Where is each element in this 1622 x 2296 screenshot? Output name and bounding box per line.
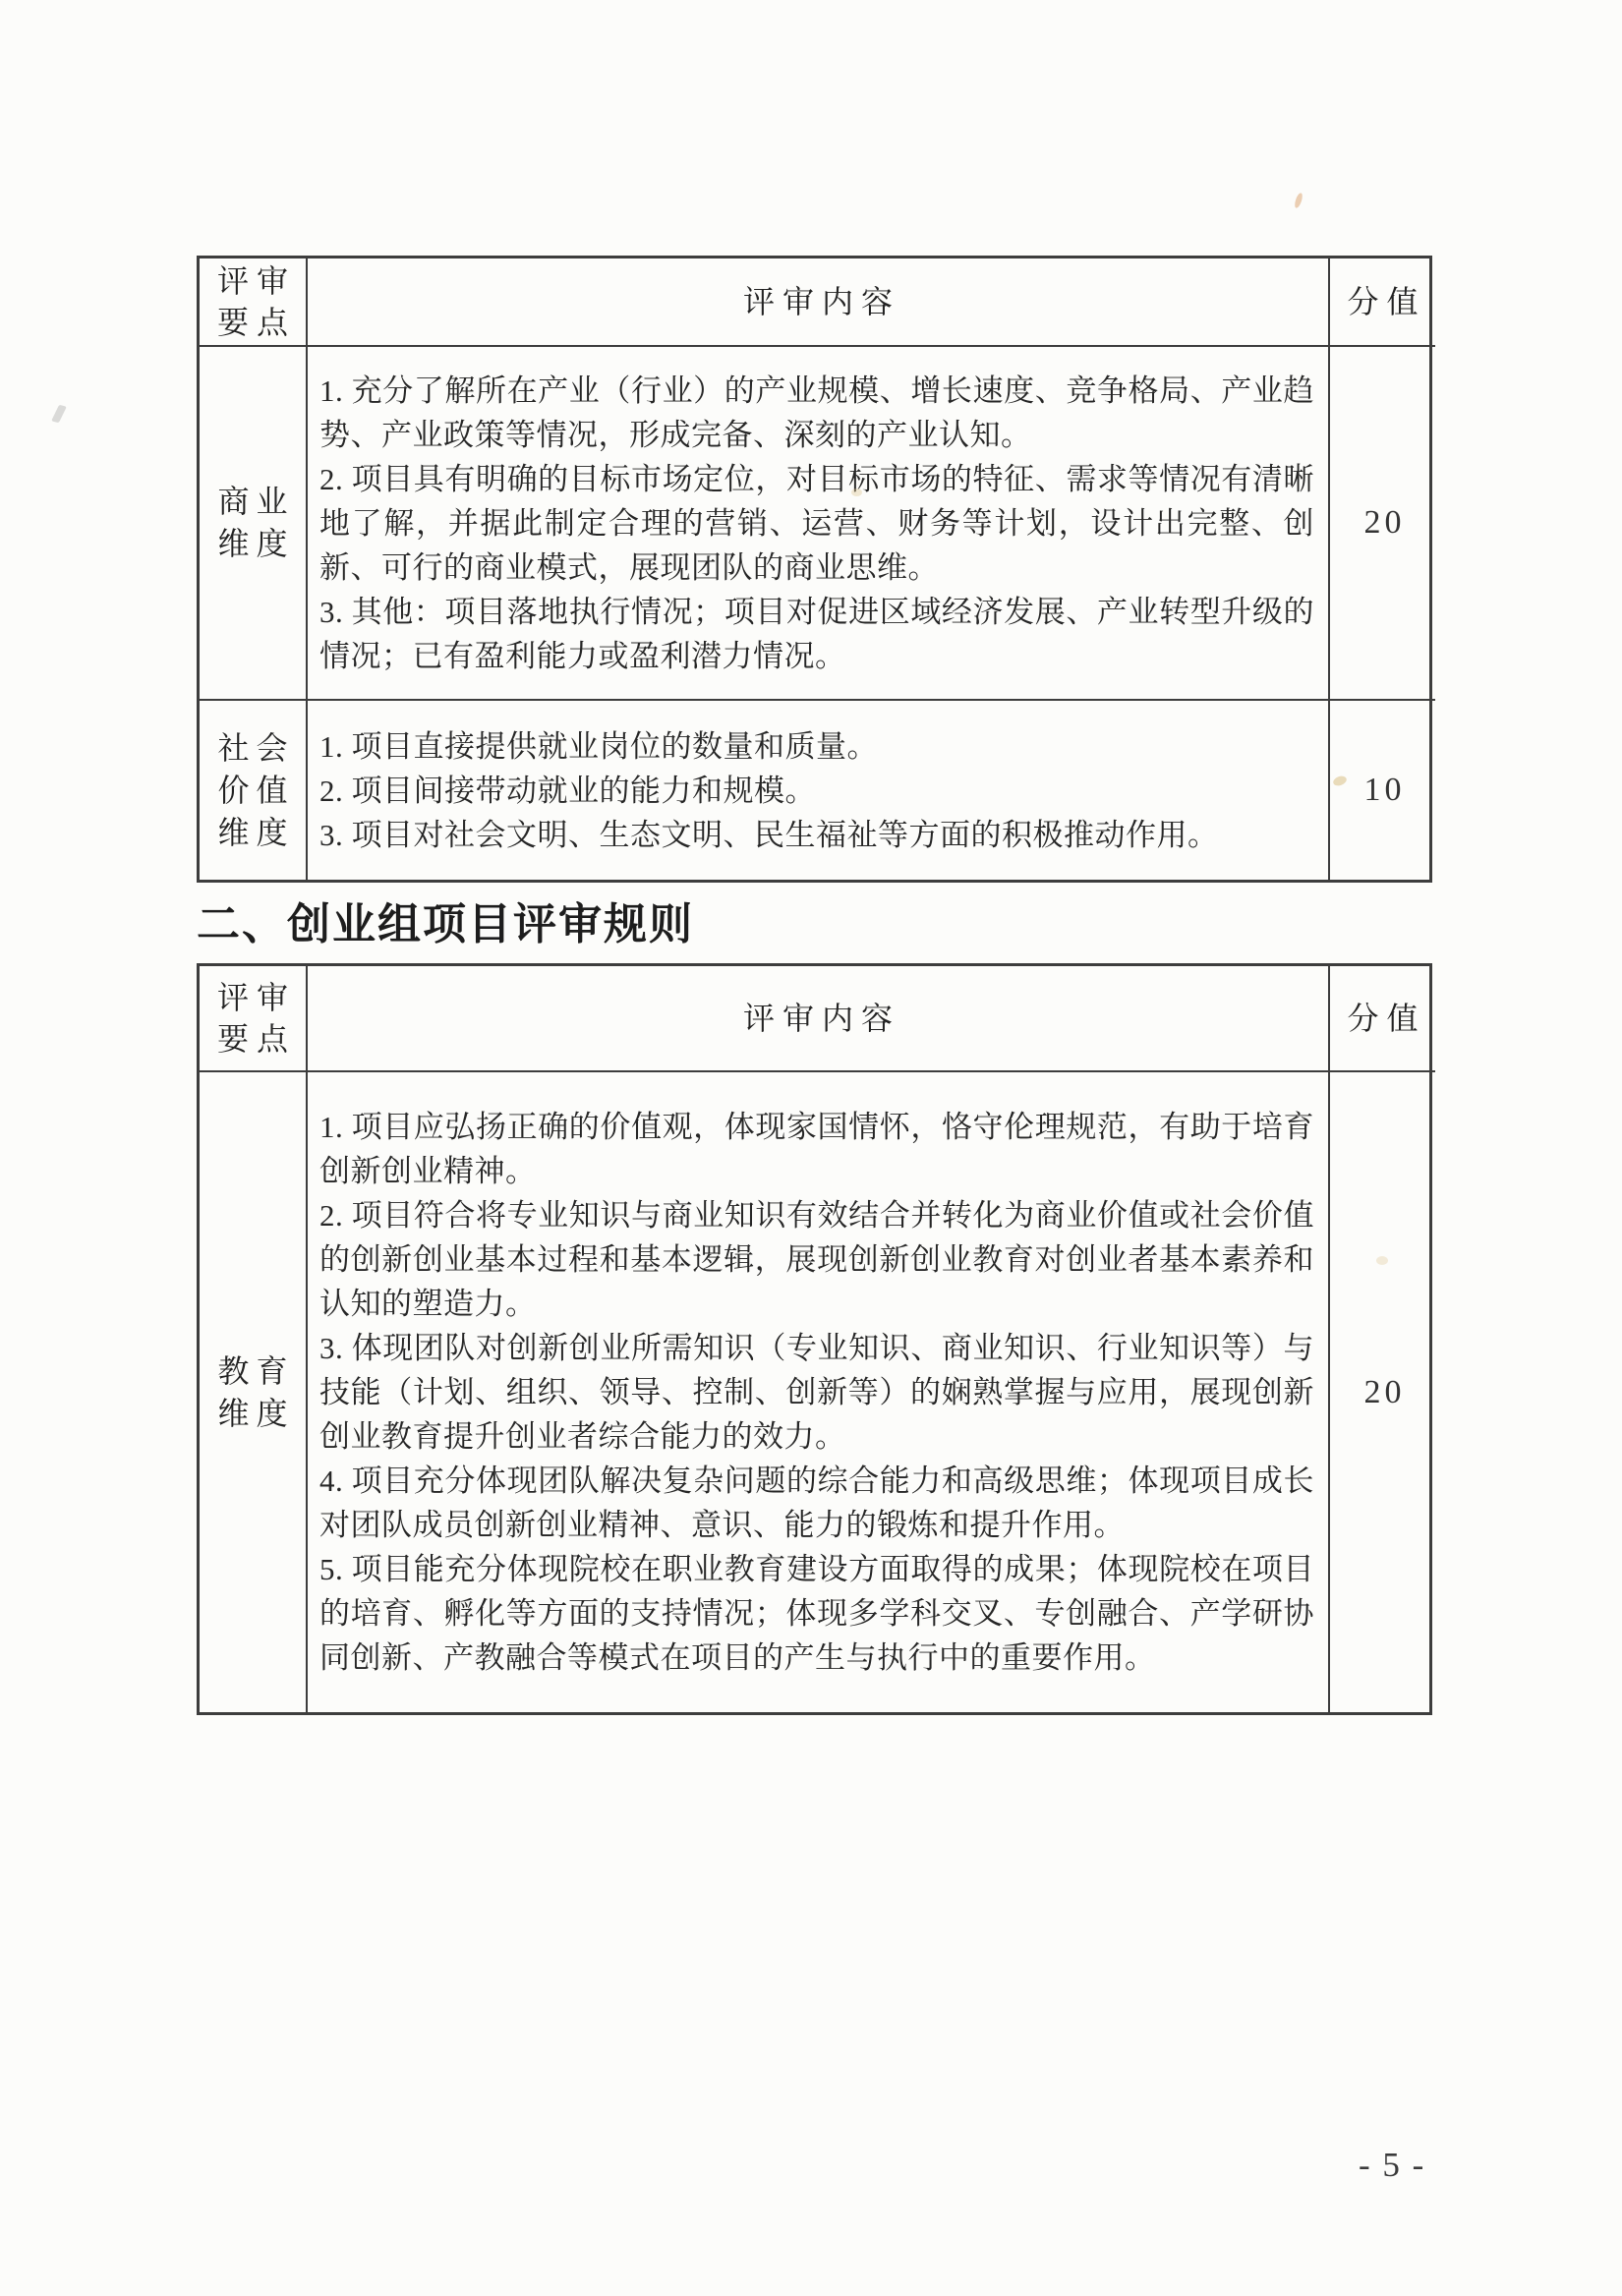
table2-row-education-score: 20 bbox=[1330, 1072, 1435, 1712]
table1-header-score: 分值 bbox=[1330, 258, 1435, 347]
table1-row-business-content: 1. 充分了解所在产业（行业）的产业规模、增长速度、竞争格局、产业趋势、产业政策… bbox=[308, 347, 1330, 701]
scan-artifact bbox=[1294, 192, 1304, 208]
table2-header-score: 分值 bbox=[1330, 966, 1435, 1072]
table1-header-content: 评审内容 bbox=[308, 258, 1330, 347]
table2-row-education-content: 1. 项目应弘扬正确的价值观，体现家国情怀，恪守伦理规范，有助于培育创新创业精神… bbox=[308, 1072, 1330, 1712]
table1-row-business-score: 20 bbox=[1330, 347, 1435, 701]
table2-header-content: 评审内容 bbox=[308, 966, 1330, 1072]
review-table-startup: 评审 要点 评审内容 分值 教育 维度 1. 项目应弘扬正确的价值观，体现家国情… bbox=[197, 963, 1432, 1715]
review-table-business: 评审 要点 评审内容 分值 商业 维度 1. 充分了解所在产业（行业）的产业规模… bbox=[197, 256, 1432, 883]
table1-row-social-content: 1. 项目直接提供就业岗位的数量和质量。 2. 项目间接带动就业的能力和规模。 … bbox=[308, 701, 1330, 880]
table2-row-education-dimension: 教育 维度 bbox=[200, 1072, 308, 1712]
page-number: - 5 - bbox=[1359, 2146, 1425, 2185]
scan-artifact bbox=[51, 405, 67, 423]
table1-row-social-score: 10 bbox=[1330, 701, 1435, 880]
section-heading: 二、创业组项目评审规则 bbox=[197, 896, 694, 953]
table1-row-social-dimension: 社会 价值 维度 bbox=[200, 701, 308, 880]
table1-header-point: 评审 要点 bbox=[200, 258, 308, 347]
document-page: 评审 要点 评审内容 分值 商业 维度 1. 充分了解所在产业（行业）的产业规模… bbox=[0, 0, 1622, 2296]
table2-header-point: 评审 要点 bbox=[200, 966, 308, 1072]
table1-row-business-dimension: 商业 维度 bbox=[200, 347, 308, 701]
